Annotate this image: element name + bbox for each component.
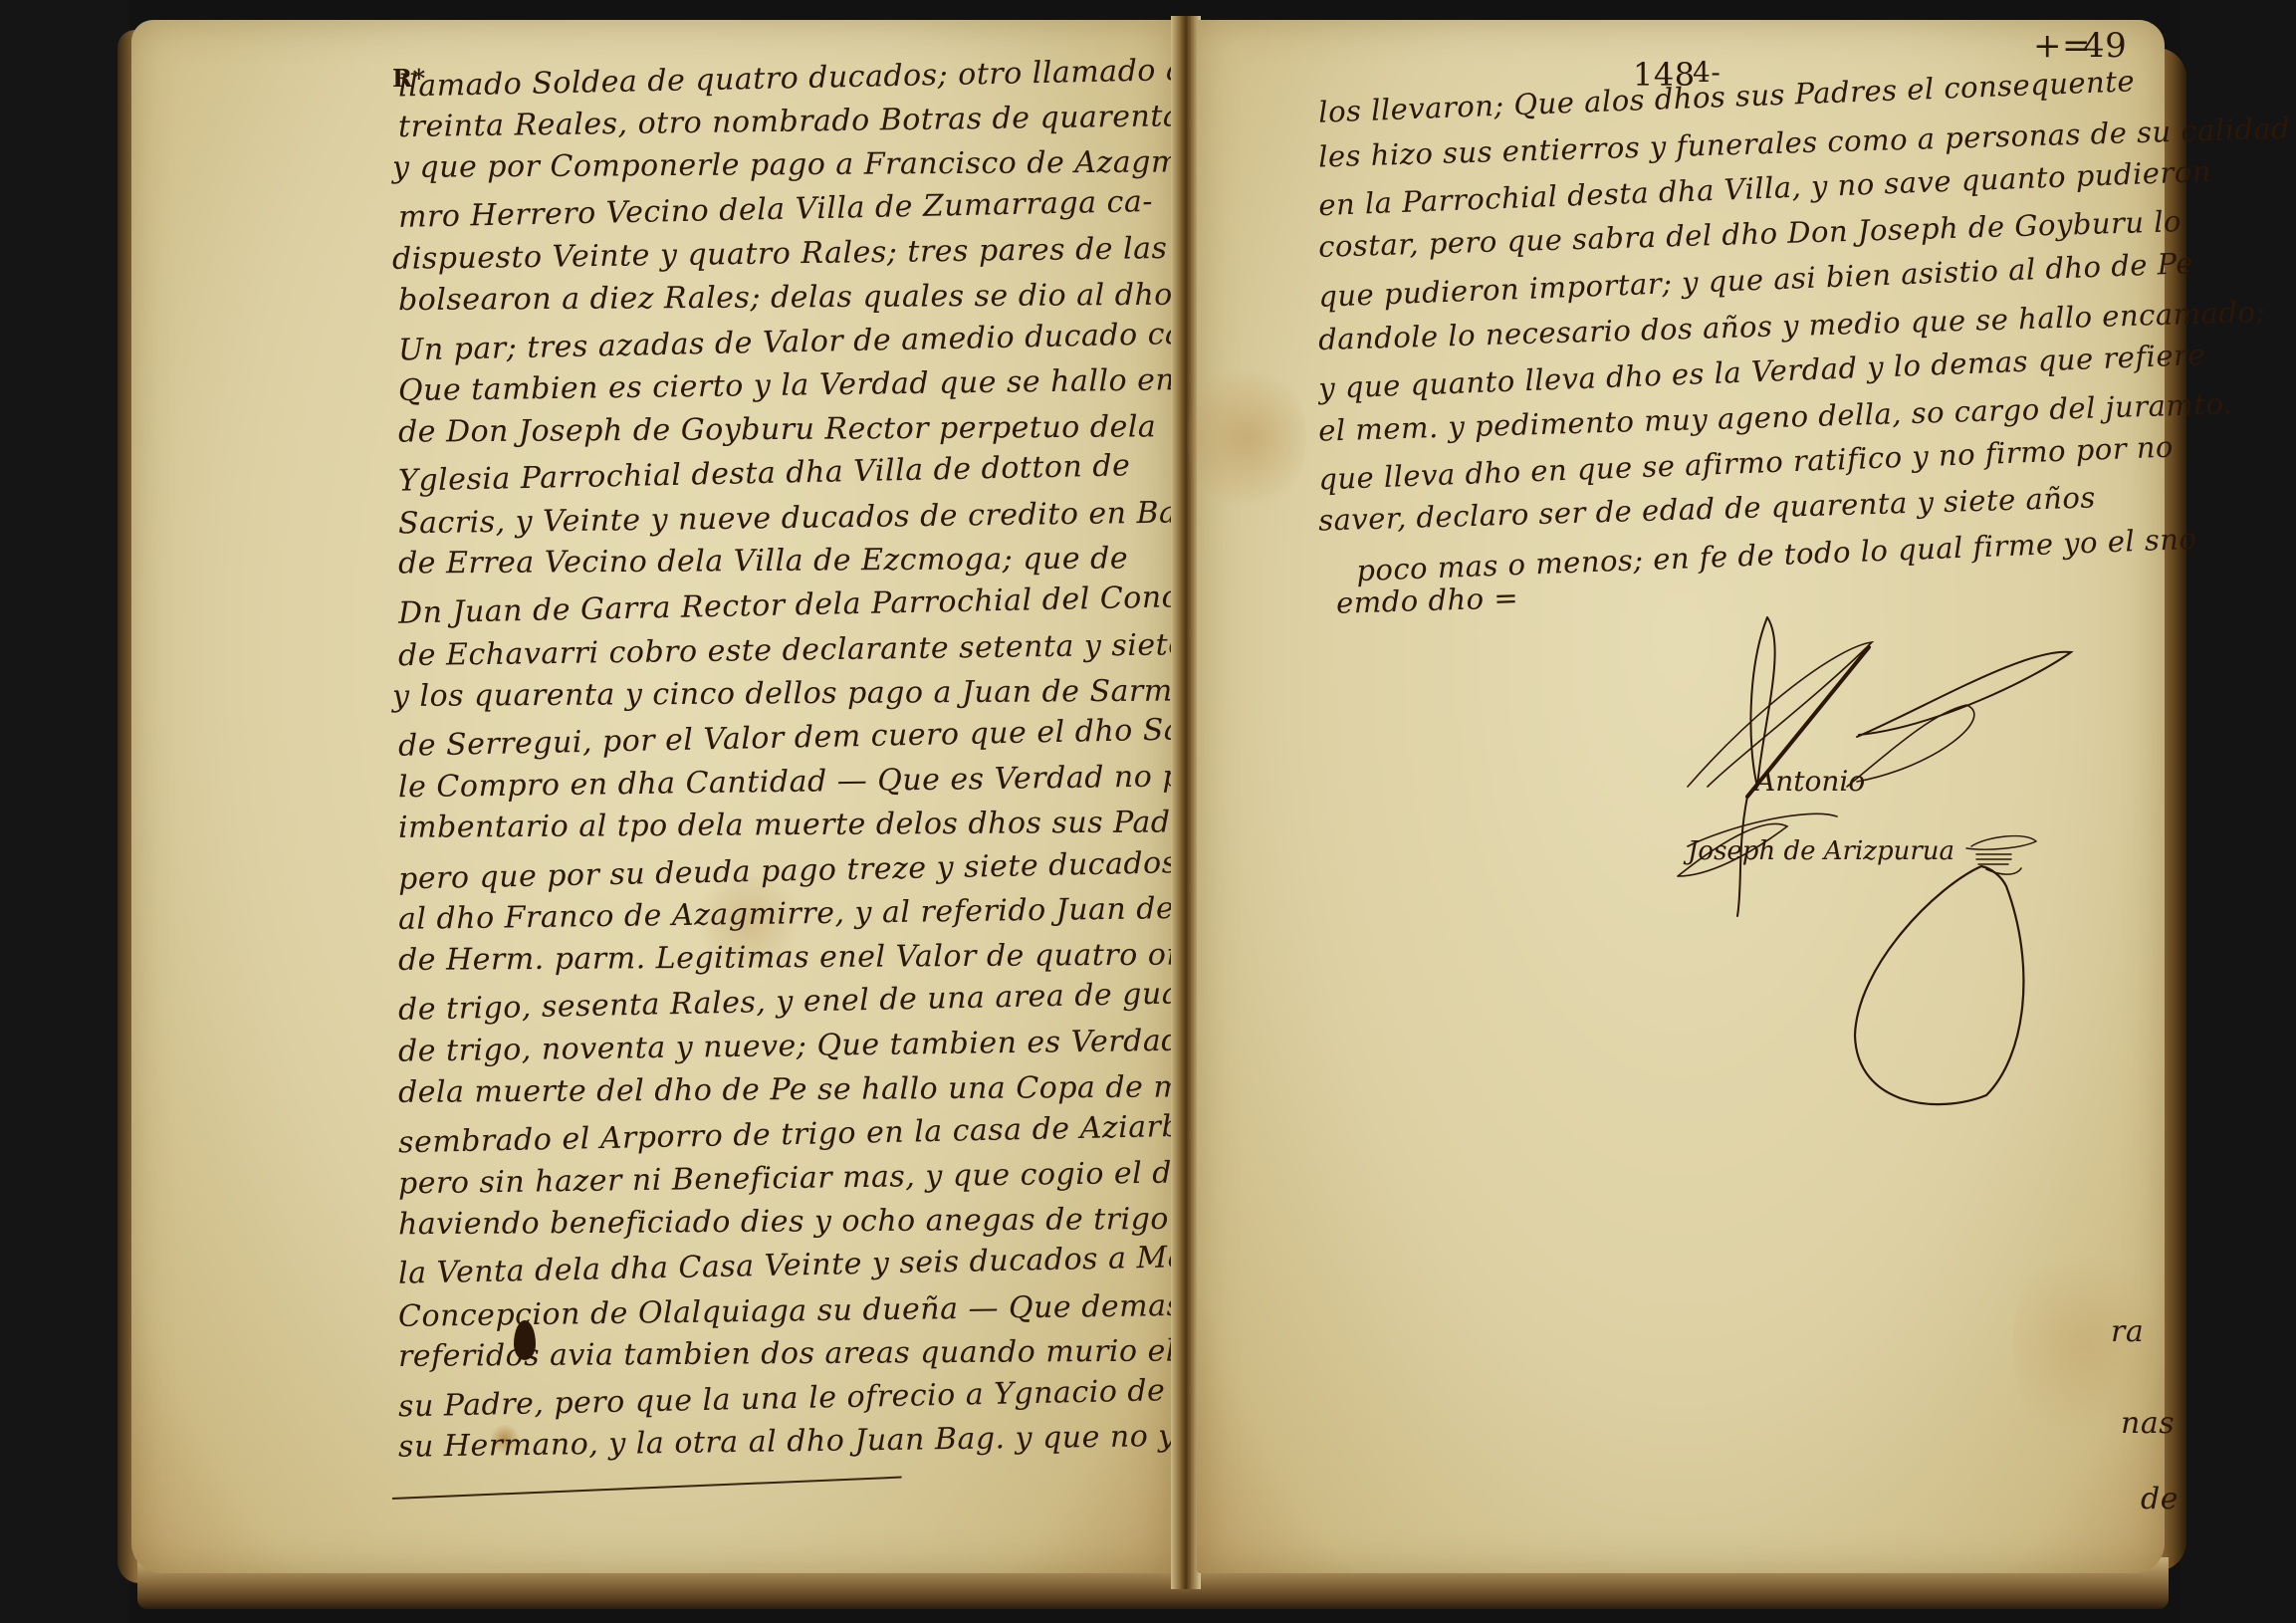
signature-upper: Antonio <box>1755 765 1865 798</box>
manuscript-book: R* llamado Soldea de quatro ducados; otr… <box>117 8 2186 1613</box>
manuscript-line: emdo dho = <box>1336 580 1519 619</box>
manuscript-line: bolsearon a diez Rales; delas quales se … <box>398 277 1288 318</box>
scan-background-left <box>0 0 129 1623</box>
manuscript-line: de Don Joseph de Goyburu Rector perpetuo… <box>398 409 1156 449</box>
water-stain <box>1187 358 1306 518</box>
manuscript-line: de trigo, sesenta Rales, y enel de una a… <box>398 975 1249 1028</box>
signature-name: Joseph de Arizpurua <box>1688 836 1954 866</box>
manuscript-line: referidos avia tambien dos areas quando … <box>398 1333 1244 1374</box>
manuscript-line: y los quarenta y cinco dellos pago a Jua… <box>392 673 1261 714</box>
manuscript-line: al dho Franco de Azagmirre, y al referid… <box>398 890 1245 937</box>
manuscript-line: Un par; tres azadas de Valor de amedio d… <box>398 315 1305 368</box>
margin-note: ra <box>2111 1314 2144 1349</box>
folio-number: 49 <box>2083 26 2127 66</box>
manuscript-line: Que tambien es cierto y la Verdad que se… <box>398 361 1276 408</box>
manuscript-line: Dn Juan de Garra Rector dela Parrochial … <box>398 580 1226 631</box>
manuscript-line: treinta Reales, otro nombrado Botras de … <box>398 98 1277 144</box>
manuscript-line: Yglesia Parrochial desta dha Villa de do… <box>398 448 1131 498</box>
manuscript-line: dela muerte del dho de Pe se hallo una C… <box>398 1069 1227 1110</box>
manuscript-line: de Errea Vecino dela Villa de Ezcmoga; q… <box>398 542 1128 581</box>
left-page: R* llamado Soldea de quatro ducados; otr… <box>131 20 1175 1573</box>
manuscript-line: y que por Componerle pago a Francisco de… <box>392 144 1238 185</box>
manuscript-line: le Compro en dha Cantidad — Que es Verda… <box>398 758 1298 806</box>
manuscript-line: su Hermano, y la otra al dho Juan Bag. y… <box>398 1418 1226 1465</box>
margin-note: de <box>2141 1482 2179 1516</box>
manuscript-line: imbentario al tpo dela muerte delos dhos… <box>398 806 1220 846</box>
scan-background-right <box>2181 0 2296 1623</box>
manuscript-line: de Echavarri cobro este declarante seten… <box>398 625 1282 672</box>
manuscript-line: de Serregui, por el Valor dem cuero que … <box>398 711 1241 764</box>
closing-rule <box>392 1477 902 1500</box>
manuscript-line: llamado Soldea de quatro ducados; otro l… <box>398 50 1303 104</box>
signature-block: Antonio Joseph de Arizpurua <box>1608 587 2126 1145</box>
manuscript-line: sembrado el Arporro de trigo en la casa … <box>398 1106 1285 1160</box>
manuscript-line: mro Herrero Vecino dela Villa de Zumarra… <box>398 184 1154 235</box>
signature-rubric-icon <box>1608 587 2126 1145</box>
manuscript-line: su Padre, pero que la una le ofrecio a Y… <box>398 1371 1292 1425</box>
manuscript-line: dispuesto Veinte y quatro Rales; tres pa… <box>392 230 1236 277</box>
manuscript-line: de Herm. parm. Legitimas enel Valor de q… <box>398 937 1259 978</box>
margin-note: nas <box>2121 1406 2175 1441</box>
manuscript-line: la Venta dela dha Casa Veinte y seis duc… <box>398 1240 1230 1291</box>
